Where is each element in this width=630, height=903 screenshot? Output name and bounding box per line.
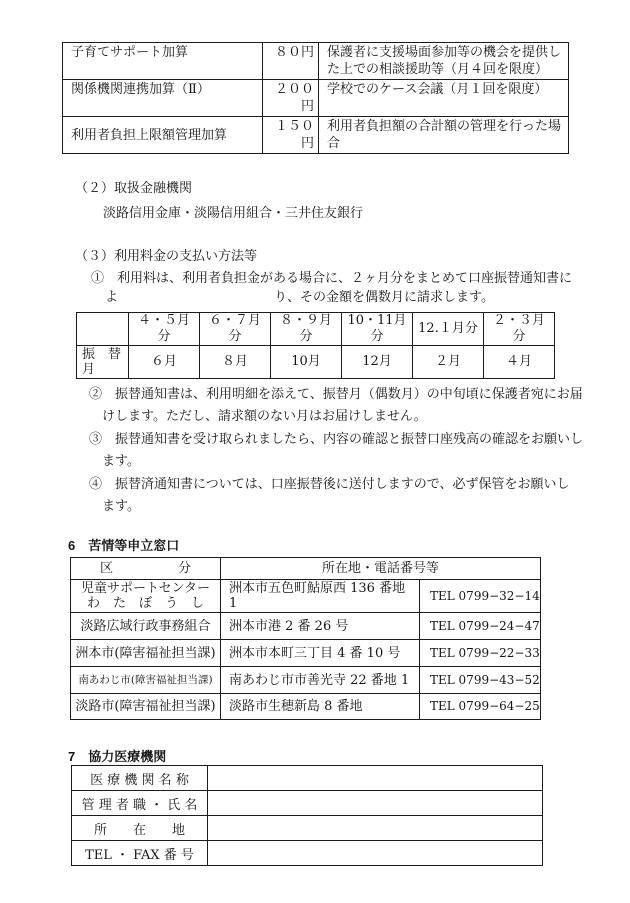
section7-heading: 7 協力医療機関 xyxy=(68,749,568,765)
complaint-row: 淡路広域行政事務組合 洲本市港 2 番 26 号 TEL 0799−24−477… xyxy=(71,613,541,640)
complaint-row: 南あわじ市(障害福祉担当課) 南あわじ市市善光寺 22 番地 1 TEL 079… xyxy=(71,667,541,694)
medical-value-cell xyxy=(208,766,543,791)
transfer-month-cell: 12月 xyxy=(342,346,413,379)
complaint-table: 区 分 所在地・電話番号等 児童サポートセンター わ た ぼ う し 洲本市五色… xyxy=(70,557,541,720)
payment-item1-line2: よ り、その金額を偶数月に請求します。 xyxy=(105,288,568,307)
addition-row: 子育てサポート加算 ８０円 保護者に支援場面参加等の機会を提供した上での相談援助… xyxy=(63,43,569,80)
addition-name-cell: 関係機関連携加算（Ⅱ） xyxy=(63,80,263,117)
transfer-period-header: ２・３月分 xyxy=(484,313,555,346)
addition-row: 関係機関連携加算（Ⅱ） ２００円 学校でのケース会議（月１回を限度） xyxy=(63,80,569,117)
payment-item3-line2: ます。 xyxy=(102,451,568,473)
complaint-header-row: 区 分 所在地・電話番号等 xyxy=(71,558,541,580)
medical-table: 医 療 機 関 名 称 管 理 者 職 ・ 氏 名 所 在 地 TEL ・ FA… xyxy=(71,765,543,866)
medical-row: 所 在 地 xyxy=(72,816,543,841)
document-page: 子育てサポート加算 ８０円 保護者に支援場面参加等の機会を提供した上での相談援助… xyxy=(0,0,630,903)
complaint-division-cell: 淡路市(障害福祉担当課) xyxy=(71,694,221,720)
transfer-corner-cell xyxy=(77,313,129,346)
transfer-header-row: ４・５月分 ６・７月分 ８・９月分 10・11月分 12.１月分 ２・３月分 xyxy=(77,313,555,346)
complaint-address-cell: 洲本市五色町鮎原西 136 番地 1 xyxy=(221,580,420,613)
payment-item2-line2: けします。ただし、請求額のない月はお届けしません。 xyxy=(102,406,568,428)
addition-desc-cell: 保護者に支援場面参加等の機会を提供した上での相談援助等（月４回を限度） xyxy=(319,43,569,80)
complaint-division-cell: 南あわじ市(障害福祉担当課) xyxy=(71,667,221,694)
transfer-month-cell: ８月 xyxy=(200,346,271,379)
medical-label-cell: 管 理 者 職 ・ 氏 名 xyxy=(72,791,208,816)
complaint-tel-cell: TEL 0799−32−1400 xyxy=(420,580,541,613)
complaint-tel-cell: TEL 0799−24−4770 xyxy=(420,613,541,640)
addition-price-cell: １５０円 xyxy=(263,117,319,154)
complaint-division-header: 区 分 xyxy=(71,558,221,580)
medical-label-cell: 所 在 地 xyxy=(72,816,208,841)
complaint-address-cell: 南あわじ市市善光寺 22 番地 1 xyxy=(221,667,420,694)
complaint-row: 淡路市(障害福祉担当課) 淡路市生穂新島 8 番地 TEL 0799−64−25… xyxy=(71,694,541,720)
medical-row: 管 理 者 職 ・ 氏 名 xyxy=(72,791,543,816)
section3-heading: （３）利用料金の支払い方法等 xyxy=(75,247,568,267)
complaint-division-line2: わ た ぼ う し xyxy=(73,596,218,611)
section6-heading: 6 苦情等申立窓口 xyxy=(68,536,568,556)
complaint-row: 児童サポートセンター わ た ぼ う し 洲本市五色町鮎原西 136 番地 1 … xyxy=(71,580,541,613)
payment-item3-line1: ③ 振替通知書を受け取られましたら、内容の確認と振替口座残高の確認をお願いし xyxy=(89,429,568,451)
addition-price-cell: ２００円 xyxy=(263,80,319,117)
transfer-period-header: ６・７月分 xyxy=(200,313,271,346)
addition-name-cell: 利用者負担上限額管理加算 xyxy=(63,117,263,154)
addition-row: 利用者負担上限額管理加算 １５０円 利用者負担額の合計額の管理を行った場合 xyxy=(63,117,569,154)
medical-row: 医 療 機 関 名 称 xyxy=(72,766,543,791)
addition-price-cell: ８０円 xyxy=(263,43,319,80)
addition-name-cell: 子育てサポート加算 xyxy=(63,43,263,80)
complaint-row: 洲本市(障害福祉担当課) 洲本市本町三丁目 4 番 10 号 TEL 0799−… xyxy=(71,640,541,667)
complaint-tel-cell: TEL 0799−64−2510 xyxy=(420,694,541,720)
transfer-month-cell: ４月 xyxy=(484,346,555,379)
transfer-row-label-line1: 振 替 xyxy=(82,347,123,362)
transfer-row-label: 振 替 月 xyxy=(77,346,129,379)
addition-fee-table: 子育てサポート加算 ８０円 保護者に支援場面参加等の機会を提供した上での相談援助… xyxy=(62,42,569,154)
medical-value-cell xyxy=(208,816,543,841)
complaint-address-cell: 洲本市港 2 番 26 号 xyxy=(221,613,420,640)
transfer-month-cell: 10月 xyxy=(271,346,342,379)
transfer-row-label-line2: 月 xyxy=(82,362,123,377)
payment-item4-line1: ④ 振替済通知書については、口座振替後に送付しますので、必ず保管をお願いし xyxy=(89,474,568,496)
complaint-tel-cell: TEL 0799−22−3332 xyxy=(420,640,541,667)
transfer-period-header: 12.１月分 xyxy=(413,313,484,346)
complaint-tel-cell: TEL 0799−43−5216 xyxy=(420,667,541,694)
transfer-value-row: 振 替 月 ６月 ８月 10月 12月 ２月 ４月 xyxy=(77,346,555,379)
transfer-period-header: ８・９月分 xyxy=(271,313,342,346)
complaint-address-cell: 洲本市本町三丁目 4 番 10 号 xyxy=(221,640,420,667)
addition-desc-cell: 利用者負担額の合計額の管理を行った場合 xyxy=(319,117,569,154)
transfer-period-header: ４・５月分 xyxy=(129,313,200,346)
payment-item2-line1: ② 振替通知書は、利用明細を添えて、振替月（偶数月）の中旬頃に保護者宛にお届 xyxy=(89,384,568,406)
transfer-month-cell: ６月 xyxy=(129,346,200,379)
addition-desc-cell: 学校でのケース会議（月１回を限度） xyxy=(319,80,569,117)
medical-label-cell: TEL ・ FAX 番 号 xyxy=(72,841,208,866)
medical-label-cell: 医 療 機 関 名 称 xyxy=(72,766,208,791)
complaint-division-line1: 児童サポートセンター xyxy=(73,581,218,596)
complaint-address-cell: 淡路市生穂新島 8 番地 xyxy=(221,694,420,720)
medical-row: TEL ・ FAX 番 号 xyxy=(72,841,543,866)
transfer-month-table: ４・５月分 ６・７月分 ８・９月分 10・11月分 12.１月分 ２・３月分 振… xyxy=(76,312,555,379)
complaint-division-cell: 淡路広域行政事務組合 xyxy=(71,613,221,640)
complaint-location-header: 所在地・電話番号等 xyxy=(221,558,541,580)
transfer-period-header: 10・11月分 xyxy=(342,313,413,346)
medical-value-cell xyxy=(208,841,543,866)
medical-value-cell xyxy=(208,791,543,816)
complaint-division-cell: 児童サポートセンター わ た ぼ う し xyxy=(71,580,221,613)
complaint-division-cell: 洲本市(障害福祉担当課) xyxy=(71,640,221,667)
payment-item1-line1: ① 利用料は、利用者負担金がある場合に、２ヶ月分をまとめて口座振替通知書に xyxy=(91,269,568,288)
bank-list-line: 淡路信用金庫・淡陽信用組合・三井住友銀行 xyxy=(103,204,568,224)
payment-item4-line2: ます。 xyxy=(102,496,568,518)
section2-heading: （２）取扱金融機関 xyxy=(75,179,568,199)
transfer-month-cell: ２月 xyxy=(413,346,484,379)
